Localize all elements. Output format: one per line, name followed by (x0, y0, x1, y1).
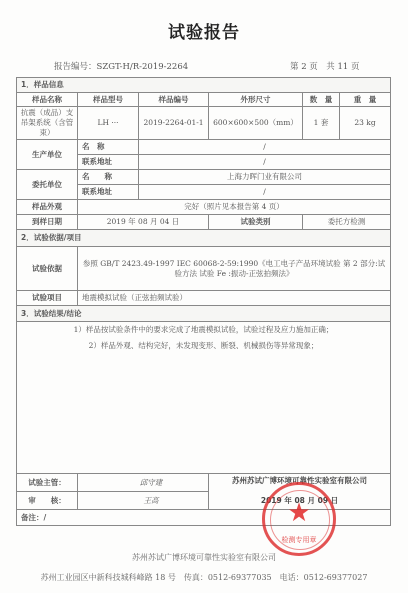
seal-label: 检测专用章 (265, 535, 333, 545)
section2-heading: 2．试验依据/项目 (17, 230, 391, 247)
star-icon: ★ (265, 500, 333, 526)
header-dimensions: 外形尺寸 (209, 93, 303, 107)
supervisor-label: 试验主管： (17, 474, 78, 492)
client-name-value: 上海力晖门业有限公司 (139, 170, 391, 185)
manufacturer-label: 生产单位 (17, 140, 78, 170)
manufacturer-name-value: / (139, 140, 391, 155)
page-info: 第 2 页 共 11 页 (290, 60, 360, 72)
header-quantity: 数 量 (303, 93, 340, 107)
test-item-label: 试验项目 (17, 291, 78, 306)
header-sample-name: 样品名称 (17, 93, 78, 107)
sample-quantity: 1 套 (303, 107, 340, 140)
supervisor-signature: 邱守建 (78, 474, 209, 492)
result-item: 2）样品外观、结构完好，未发现变形、断裂、机械损伤等异常现象； (19, 338, 388, 354)
header-weight: 重 量 (340, 93, 391, 107)
test-item-value: 地震模拟试验（正弦拍频试验） (78, 291, 391, 306)
appearance-value: 完好（照片见本报告第 4 页） (78, 200, 391, 215)
report-title: 试验报告 (0, 18, 408, 43)
reviewer-signature: 王高 (78, 492, 209, 510)
sample-weight: 23 kg (340, 107, 391, 140)
header-sample-model: 样品型号 (78, 93, 139, 107)
manufacturer-address-label: 联系地址 (78, 155, 139, 170)
test-basis-label: 试验依据 (17, 247, 78, 291)
test-basis-value: 参照 GB/T 2423.49-1997 IEC 60068-2-59:1990… (78, 247, 391, 291)
client-name-label: 名 称 (78, 170, 139, 185)
arrival-date-label: 到样日期 (17, 215, 78, 230)
results-list: 1）样品按试验条件中的要求完成了地震模拟试验，试验过程及应力施加正确； 2）样品… (17, 322, 391, 474)
client-address-value: / (139, 185, 391, 200)
section1-heading: 1．样品信息 (17, 78, 391, 93)
report-table: 1．样品信息 样品名称 样品型号 样品编号 外形尺寸 数 量 重 量 抗震（成品… (16, 77, 391, 526)
sample-name: 抗震（成品）支吊架系统（含管束） (17, 107, 78, 140)
footer-address: 苏州工业园区中新科技城科峰路 18 号 传真：0512-69377035 电话：… (0, 572, 408, 583)
sample-model: LH ··· (78, 107, 139, 140)
official-seal: ★ 检测专用章 (262, 482, 336, 556)
client-label: 委托单位 (17, 170, 78, 200)
reviewer-label: 审 核： (17, 492, 78, 510)
manufacturer-name-label: 名 称 (78, 140, 139, 155)
client-address-label: 联系地址 (78, 185, 139, 200)
appearance-label: 样品外观 (17, 200, 78, 215)
section3-heading: 3．试验结果/结论 (17, 306, 391, 322)
footer-company: 苏州苏试广博环境可靠性实验室有限公司 (0, 552, 408, 563)
manufacturer-address-value: / (139, 155, 391, 170)
report-number: 报告编号：SZGT-H/R-2019-2264 (54, 60, 188, 72)
sample-number: 2019-2264-01-1 (139, 107, 209, 140)
test-category-value: 委托方检测 (303, 215, 391, 230)
test-category-label: 试验类别 (209, 215, 303, 230)
sample-dimensions: 600×600×500（mm） (209, 107, 303, 140)
result-item: 1）样品按试验条件中的要求完成了地震模拟试验，试验过程及应力施加正确； (19, 322, 388, 338)
header-sample-number: 样品编号 (139, 93, 209, 107)
arrival-date-value: 2019 年 08 月 04 日 (78, 215, 209, 230)
